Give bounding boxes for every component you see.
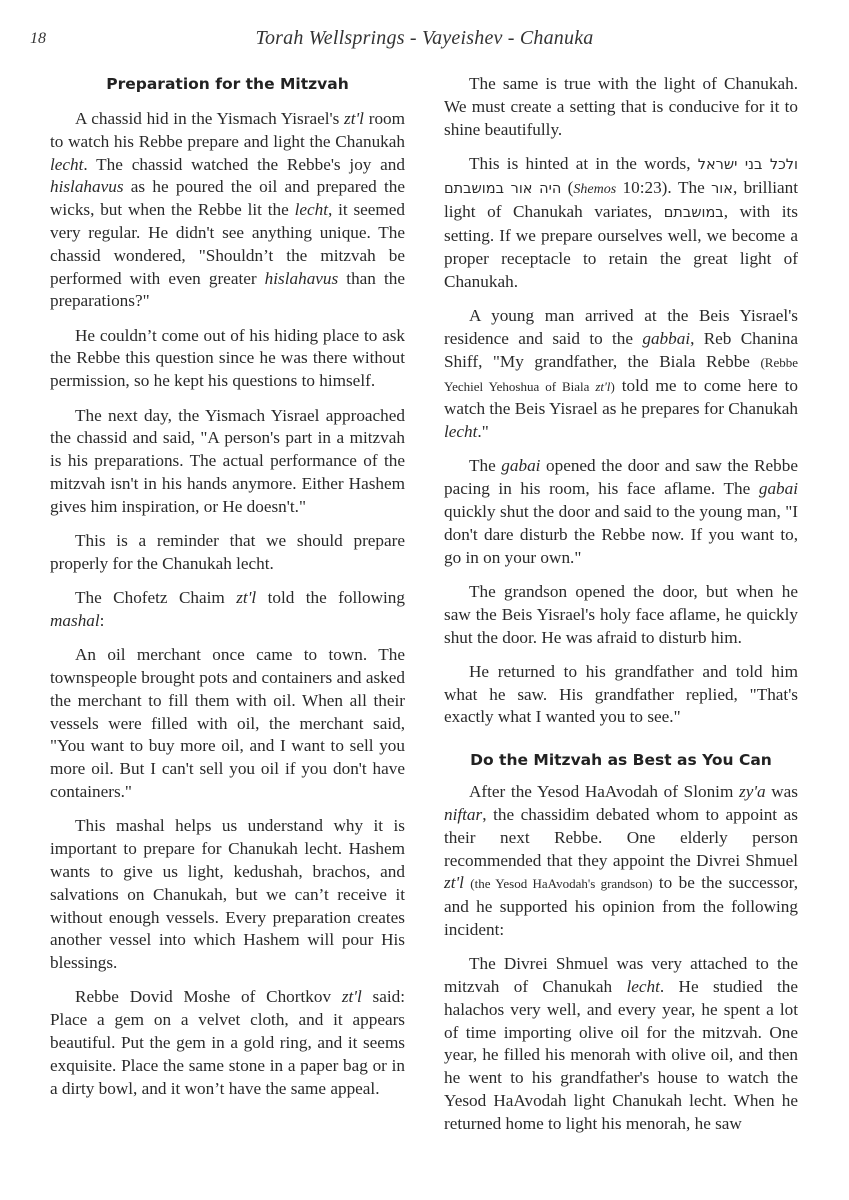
paragraph: The gabai opened the door and saw the Re…: [444, 455, 798, 569]
italic-term: zy'a: [739, 782, 766, 801]
paragraph: The next day, the Yismach Yisrael approa…: [50, 405, 405, 519]
italic-term: zt'l: [444, 873, 464, 892]
paragraph: This mashal helps us understand why it i…: [50, 815, 405, 975]
text-run: . He studied the halachos very well, and…: [444, 977, 798, 1133]
section-heading-preparation: Preparation for the Mitzvah: [50, 73, 405, 95]
text-run: 10:23). The: [616, 178, 711, 197]
paragraph: A chassid hid in the Yismach Yisrael's z…: [50, 108, 405, 313]
italic-term: lecht: [50, 155, 83, 174]
paragraph: This is hinted at in the words, ולכל בני…: [444, 153, 798, 294]
paragraph: The Divrei Shmuel was very attached to t…: [444, 953, 798, 1135]
text-run: . The chassid watched the Rebbe's joy an…: [83, 155, 405, 174]
italic-term: zt'l: [236, 588, 256, 607]
hebrew-word: אור: [711, 181, 733, 197]
italic-term: hislahavus: [265, 269, 339, 288]
paragraph: The same is true with the light of Chanu…: [444, 73, 798, 141]
text-run: .": [477, 422, 488, 441]
right-column: The same is true with the light of Chanu…: [444, 73, 798, 1147]
italic-term: gabai: [501, 456, 540, 475]
italic-term: zt'l: [595, 379, 610, 394]
text-run: (: [561, 178, 573, 197]
running-head-title: Torah Wellsprings - Vayeishev - Chanuka: [0, 27, 849, 50]
text-run: :: [100, 611, 105, 630]
paragraph: An oil merchant once came to town. The t…: [50, 644, 405, 804]
section-heading-best-as-you-can: Do the Mitzvah as Best as You Can: [444, 749, 798, 771]
source-citation: Shemos: [573, 182, 616, 197]
italic-term: lecht: [295, 200, 328, 219]
text-run: Rebbe Dovid Moshe of Chortkov: [75, 987, 342, 1006]
paragraph: After the Yesod HaAvodah of Slonim zy'a …: [444, 781, 798, 942]
italic-term: zt'l: [344, 109, 364, 128]
italic-term: zt'l: [342, 987, 362, 1006]
italic-term: lecht: [444, 422, 477, 441]
italic-term: gabai: [759, 479, 798, 498]
text-run: , the chassidim debated whom to appoint …: [444, 805, 798, 870]
italic-term: lecht: [626, 977, 659, 996]
paragraph: He couldn’t come out of his hiding place…: [50, 325, 405, 393]
text-run: was: [766, 782, 798, 801]
text-run: quickly shut the door and said to the yo…: [444, 502, 798, 567]
paragraph: The grandson opened the door, but when h…: [444, 581, 798, 649]
italic-term: niftar: [444, 805, 482, 824]
hebrew-word: במושבתם: [664, 205, 724, 221]
parenthetical-note: (the Yesod HaAvodah's grandson): [470, 876, 652, 891]
left-column: Preparation for the Mitzvah A chassid hi…: [50, 72, 405, 1112]
text-run: told the following: [256, 588, 405, 607]
italic-term: mashal: [50, 611, 100, 630]
italic-term: hislahavus: [50, 177, 124, 196]
text-run: A chassid hid in the Yismach Yisrael's: [75, 109, 344, 128]
text-run: After the Yesod HaAvodah of Slonim: [469, 782, 739, 801]
paragraph: This is a reminder that we should prepar…: [50, 530, 405, 576]
text-run: The Chofetz Chaim: [75, 588, 236, 607]
paragraph: The Chofetz Chaim zt'l told the followin…: [50, 587, 405, 633]
paragraph: Rebbe Dovid Moshe of Chortkov zt'l said:…: [50, 986, 405, 1100]
paragraph: He returned to his grandfather and told …: [444, 661, 798, 729]
italic-term: gabbai: [642, 329, 690, 348]
paragraph: A young man arrived at the Beis Yisrael'…: [444, 305, 798, 444]
text-run: The: [469, 456, 501, 475]
text-run: This is hinted at in the words,: [469, 154, 698, 173]
